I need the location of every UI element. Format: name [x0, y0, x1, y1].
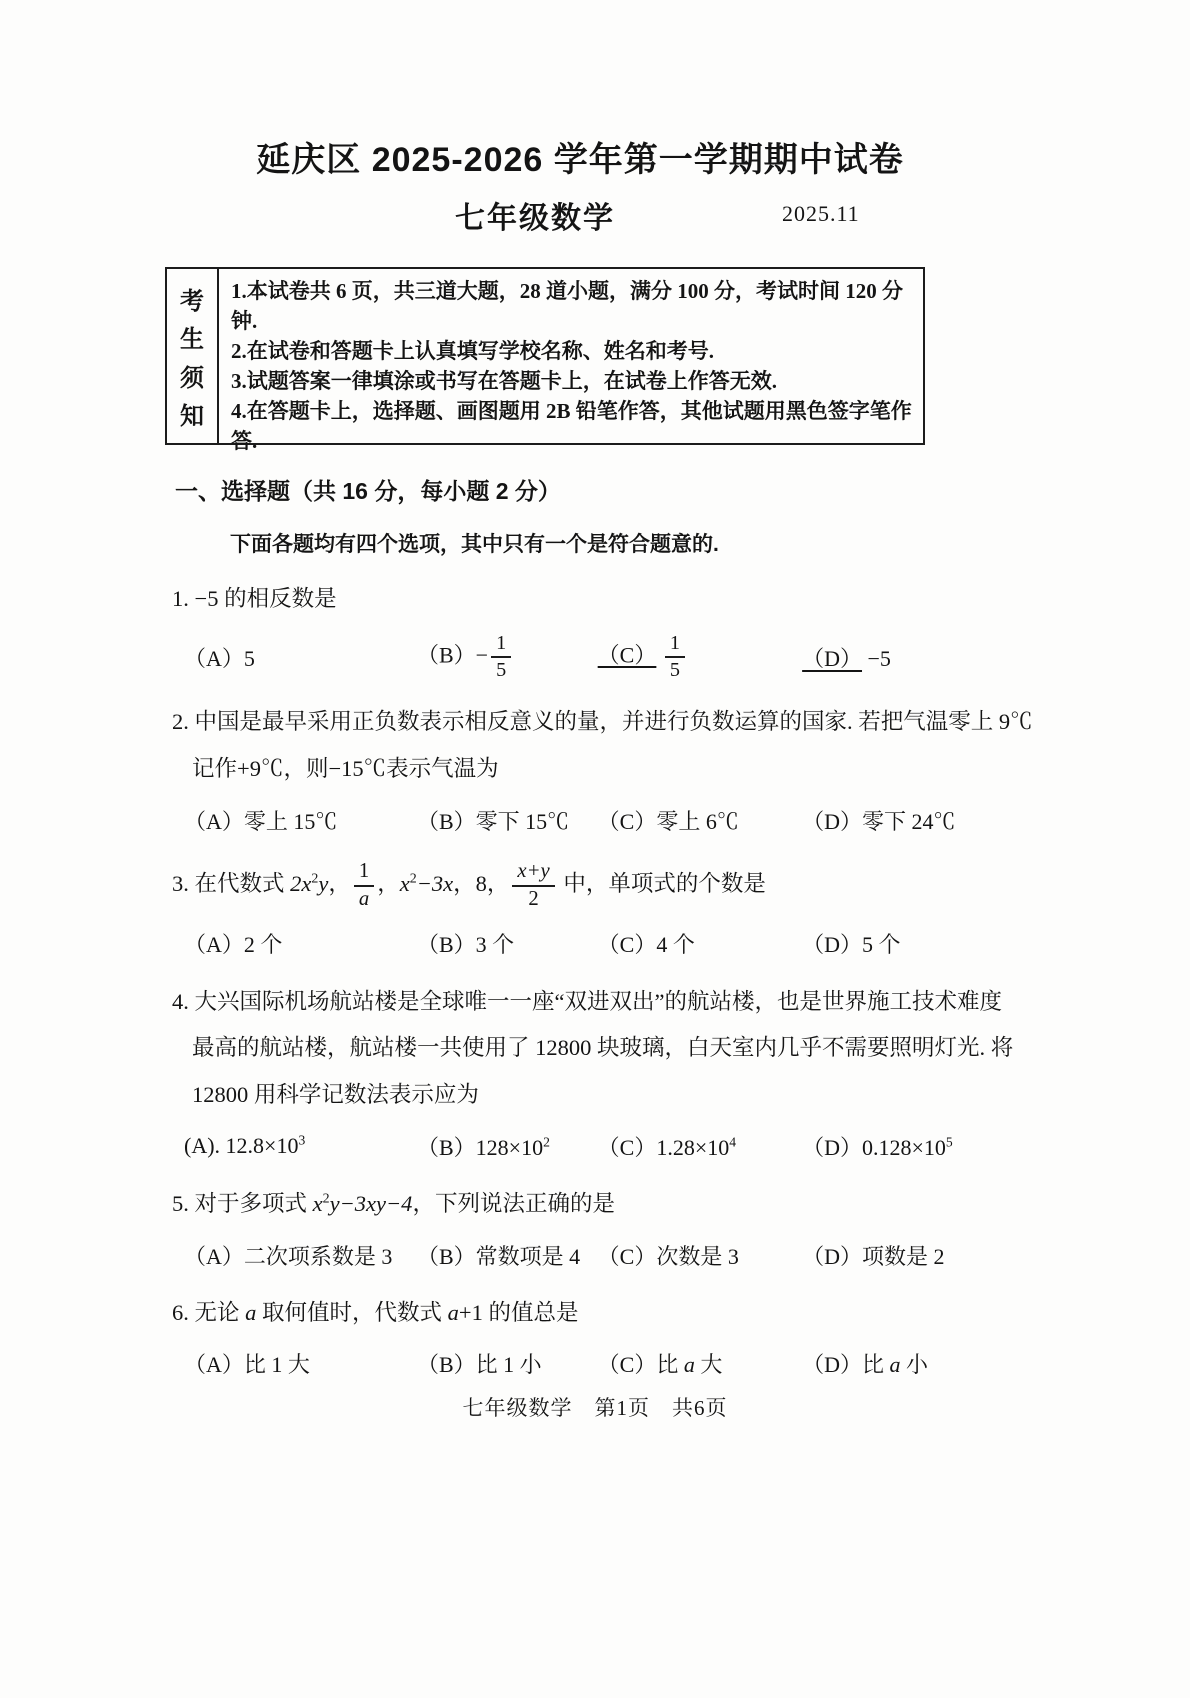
question: 1. −5 的相反数是（A）5（B）−15（C） 15（D） −5	[172, 582, 1135, 681]
question-stem: 最高的航站楼，航站楼一共使用了 12800 块玻璃，白天室内几乎不需要照明灯光.…	[172, 1031, 1135, 1066]
question: 2. 中国是最早采用正负数表示相反意义的量，并进行负数运算的国家. 若把气温零上…	[172, 705, 1135, 837]
fraction: x+y2	[512, 861, 554, 910]
option: （B）零下 15℃	[417, 805, 598, 836]
fraction: 1a	[354, 861, 374, 910]
question: 5. 对于多项式 x2y−3xy−4，下列说法正确的是（A）二次项系数是 3（B…	[172, 1187, 1135, 1272]
option: （D）项数是 2	[802, 1240, 1135, 1271]
option: （B）3 个	[417, 928, 598, 959]
fraction: 15	[665, 633, 685, 681]
options-row: （A）二次项系数是 3（B）常数项是 4（C）次数是 3（D）项数是 2	[172, 1238, 1135, 1272]
section-instruction: 下面各题均有四个选项，其中只有一个是符合题意的.	[230, 528, 1190, 558]
option: （C）1.28×104	[598, 1131, 802, 1162]
notice-items: 1.本试卷共 6 页，共三道大题，28 道小题，满分 100 分，考试时间 12…	[219, 269, 923, 443]
question-stem: 4. 大兴国际机场航站楼是全球唯一一座“双进双出”的航站楼，也是世界施工技术难度	[172, 985, 1135, 1020]
question-stem: 记作+9℃，则−15℃表示气温为	[172, 752, 1135, 787]
exam-paper-page: 延庆区 2025-2026 学年第一学期期中试卷 七年级数学 2025.11 考…	[0, 0, 1190, 1698]
page-footer: 七年级数学 第1页 共6页	[0, 1392, 1190, 1422]
notice-item: 1.本试卷共 6 页，共三道大题，28 道小题，满分 100 分，考试时间 12…	[231, 275, 913, 335]
notice-side-char: 考	[180, 281, 204, 316]
option: （D）0.128×105	[802, 1131, 1135, 1162]
questions-list: 1. −5 的相反数是（A）5（B）−15（C） 15（D） −52. 中国是最…	[172, 582, 1135, 1381]
option: （C）零上 6℃	[598, 805, 802, 836]
options-row: （A）零上 15℃（B）零下 15℃（C）零上 6℃（D）零下 24℃	[172, 803, 1135, 837]
notice-item: 3.试题答案一律填涂或书写在答题卡上，在试卷上作答无效.	[231, 365, 913, 395]
question: 6. 无论 a 取何值时，代数式 a+1 的值总是（A）比 1 大（B）比 1 …	[172, 1296, 1135, 1381]
notice-side-char: 须	[180, 358, 204, 393]
options-row: （A）5（B）−15（C） 15（D） −5	[172, 633, 1135, 681]
option: （A）2 个	[184, 928, 417, 959]
options-row: （A）2 个（B）3 个（C）4 个（D）5 个	[172, 927, 1135, 961]
section-heading: 一、选择题（共 16 分，每小题 2 分）	[175, 473, 1190, 506]
option: （B）比 1 小	[417, 1348, 598, 1379]
notice-side-char: 生	[180, 319, 204, 354]
notice-item: 2.在试卷和答题卡上认真填写学校名称、姓名和考号.	[231, 335, 913, 365]
question-stem: 3. 在代数式 2x2y，1a，x2−3x，8，x+y2 中，单项式的个数是	[172, 861, 1135, 910]
page-title: 延庆区 2025-2026 学年第一学期期中试卷	[40, 132, 1120, 181]
option: （C） 15	[598, 633, 802, 681]
option: （A）零上 15℃	[184, 805, 417, 836]
question-stem: 5. 对于多项式 x2y−3xy−4，下列说法正确的是	[172, 1187, 1135, 1222]
option: （A）比 1 大	[184, 1348, 417, 1379]
exam-subject: 七年级数学	[455, 193, 615, 237]
option: （A）二次项系数是 3	[184, 1240, 417, 1271]
fraction: 15	[491, 633, 511, 681]
option: (A). 12.8×103	[184, 1133, 417, 1159]
notice-item: 4.在答题卡上，选择题、画图题用 2B 铅笔作答，其他试题用黑色签字笔作答.	[231, 395, 913, 455]
option: （D）比 a 小	[802, 1348, 1135, 1379]
question: 3. 在代数式 2x2y，1a，x2−3x，8，x+y2 中，单项式的个数是（A…	[172, 861, 1135, 960]
question-stem: 2. 中国是最早采用正负数表示相反意义的量，并进行负数运算的国家. 若把气温零上…	[172, 705, 1135, 740]
options-row: （A）比 1 大（B）比 1 小（C）比 a 大（D）比 a 小	[172, 1347, 1135, 1381]
option: （C）次数是 3	[598, 1240, 802, 1271]
option: （C）比 a 大	[598, 1348, 802, 1379]
question-stem: 12800 用科学记数法表示应为	[172, 1078, 1135, 1113]
exam-date: 2025.11	[782, 201, 860, 227]
option: （B）−15	[417, 633, 598, 681]
notice-side-char: 知	[180, 396, 204, 431]
subtitle-row: 七年级数学 2025.11	[0, 193, 1190, 237]
option: （C）4 个	[598, 928, 802, 959]
option: （D） −5	[802, 642, 1135, 673]
notice-side-label: 考 生 须 知	[167, 269, 219, 443]
question-stem: 1. −5 的相反数是	[172, 582, 1135, 617]
option: （B）128×102	[417, 1131, 598, 1162]
option: （A）5	[184, 642, 417, 673]
option: （B）常数项是 4	[417, 1240, 598, 1271]
question: 4. 大兴国际机场航站楼是全球唯一一座“双进双出”的航站楼，也是世界施工技术难度…	[172, 985, 1135, 1164]
option: （D）5 个	[802, 928, 1135, 959]
options-row: (A). 12.8×103（B）128×102（C）1.28×104（D）0.1…	[172, 1129, 1135, 1163]
question-stem: 6. 无论 a 取何值时，代数式 a+1 的值总是	[172, 1296, 1135, 1331]
option: （D）零下 24℃	[802, 805, 1135, 836]
candidate-notice-box: 考 生 须 知 1.本试卷共 6 页，共三道大题，28 道小题，满分 100 分…	[165, 267, 925, 445]
